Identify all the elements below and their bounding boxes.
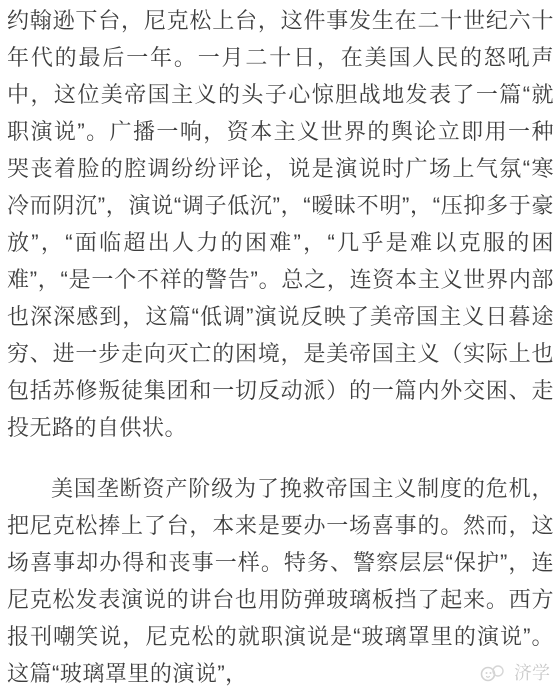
- mascot-logo-icon: [479, 662, 509, 684]
- article-paragraph-2: 美国垄断资产阶级为了挽救帝国主义制度的危机，把尼克松捧上了台，本来是要办一场喜事…: [7, 470, 554, 692]
- watermark: 济学: [479, 662, 550, 684]
- watermark-label: 济学: [514, 664, 550, 682]
- article-body: 约翰逊下台，尼克松上台，这件事发生在二十世纪六十年代的最后一年。一月二十日，在美…: [0, 0, 560, 692]
- article-paragraph-1: 约翰逊下台，尼克松上台，这件事发生在二十世纪六十年代的最后一年。一月二十日，在美…: [7, 2, 554, 446]
